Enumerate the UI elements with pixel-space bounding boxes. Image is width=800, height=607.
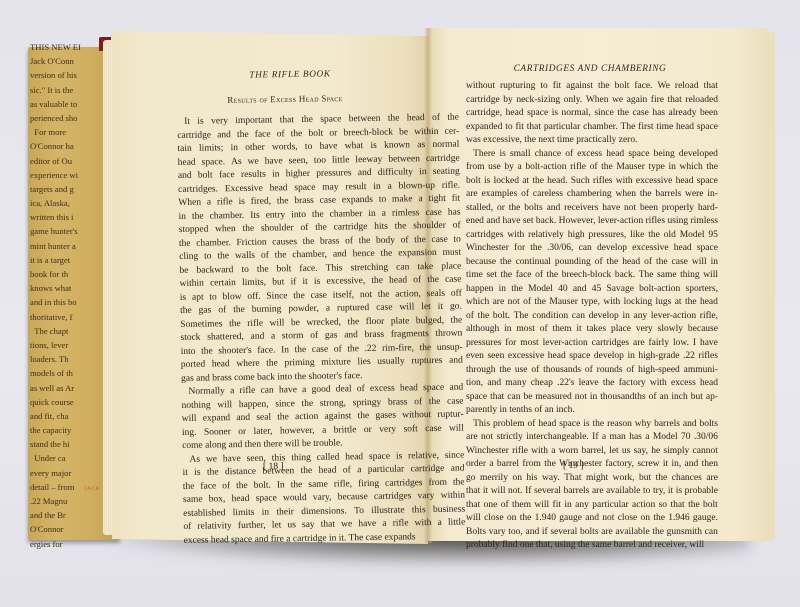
right-page-line: evenseenexcessiveheadspacedevelopinhigh-… xyxy=(466,351,718,365)
right-page-line: was excessive, the next time practically… xyxy=(466,135,718,149)
left-page-body: Itisveryimportantthatthespacebetweentheh… xyxy=(177,113,466,549)
right-page-line: becausethecontinualpoundingoftheheadofth… xyxy=(466,257,718,271)
right-page-line: orderabarrelfromtheWinchesterfactory,scr… xyxy=(466,459,718,473)
jacket-line: ergies for xyxy=(30,537,120,551)
right-page-line: thatoneofthemwillfitinanyparticularactio… xyxy=(466,500,718,514)
right-page-line: enedandhavesetback.However,lever-actionr… xyxy=(466,216,718,230)
right-page-line: althoughinmostofthemittakesplaceveryslow… xyxy=(466,324,718,338)
right-page-line: parently in tenths of an inch. xyxy=(466,405,718,419)
right-page-body: withoutrupturingtofitagainsttheboltface.… xyxy=(466,81,718,554)
right-page-line: Thisproblemofheadspaceisthereasonwhybarr… xyxy=(466,419,718,433)
right-page-stack xyxy=(766,32,775,541)
right-page-line: probably find one that, using the same b… xyxy=(466,540,718,554)
right-page-line: Winchesterforthe.30/06,candevelopexcessi… xyxy=(466,243,718,257)
right-page-number: [ 19 ] xyxy=(563,461,584,471)
right-page-line: spacethatcanbemeasurednotinthousandthsof… xyxy=(466,392,718,406)
right-page-line: happenintheModel40and45Savagebolt-action… xyxy=(466,284,718,298)
left-running-head: THE RIFLE BOOK xyxy=(230,69,350,81)
right-page-line: gomerrilyonhisway.Thatmightwork,butthech… xyxy=(466,473,718,487)
right-page-line: stalled,ortheboltsandreceivershavenotbee… xyxy=(466,203,718,217)
right-page-line: thatitwillnot.Ifseveralbarrelsareavailab… xyxy=(466,486,718,500)
right-page-line: cartridge,headspaceisnormal,sincethecase… xyxy=(466,108,718,122)
right-page-line: expandedtofitthatparticularchamber.Thefi… xyxy=(466,122,718,136)
right-page-line: Boltsvarytoo,andifseveralboltsareavailab… xyxy=(466,527,718,541)
right-page-line: Winchesterriflewithawornbarrel,letussay,… xyxy=(466,446,718,460)
right-page-line: willcloseonthe1.940gaugeandnotcloseonthe… xyxy=(466,513,718,527)
right-page-line: timesetthefaceofthebreech-blockback.Thes… xyxy=(466,270,718,284)
right-page-line: ofthebolt.Theconditioncandevelopinanylev… xyxy=(466,311,718,325)
right-page-line: tion,andmanycheap.22'sleavethefactorywit… xyxy=(466,378,718,392)
right-page-line: throughtheuseofthousandsofroundsofhigh-s… xyxy=(466,365,718,379)
right-page-line: whicharenotoftheMausertype,withlockinglu… xyxy=(466,297,718,311)
right-page-line: arenotstrictlyinterchangeable.Ifamanhasa… xyxy=(466,432,718,446)
right-page-line: pressuresformostlever-actioncartridgesar… xyxy=(466,338,718,352)
right-page-line: cartridgeswithrelativelyhighpressures,li… xyxy=(466,230,718,244)
right-running-head: CARTRIDGES AND CHAMBERING xyxy=(490,64,690,74)
left-page-number: [ 18 ] xyxy=(263,462,284,472)
right-page-line: boltislockedatthehead.Suchrifleswithexce… xyxy=(466,176,718,190)
right-page-line: areexamplesofcarelesschamberingwhentheba… xyxy=(466,189,718,203)
right-page-line: cartridgebyneck-sizingonly.Whenweagainfi… xyxy=(466,95,718,109)
right-page-line: Thereissmallchanceofexcessheadspacebeing… xyxy=(466,149,718,163)
right-page-line: fromusebyabolt-actionrifleoftheMausertyp… xyxy=(466,162,718,176)
right-page-line: withoutrupturingtofitagainsttheboltface.… xyxy=(466,81,718,95)
